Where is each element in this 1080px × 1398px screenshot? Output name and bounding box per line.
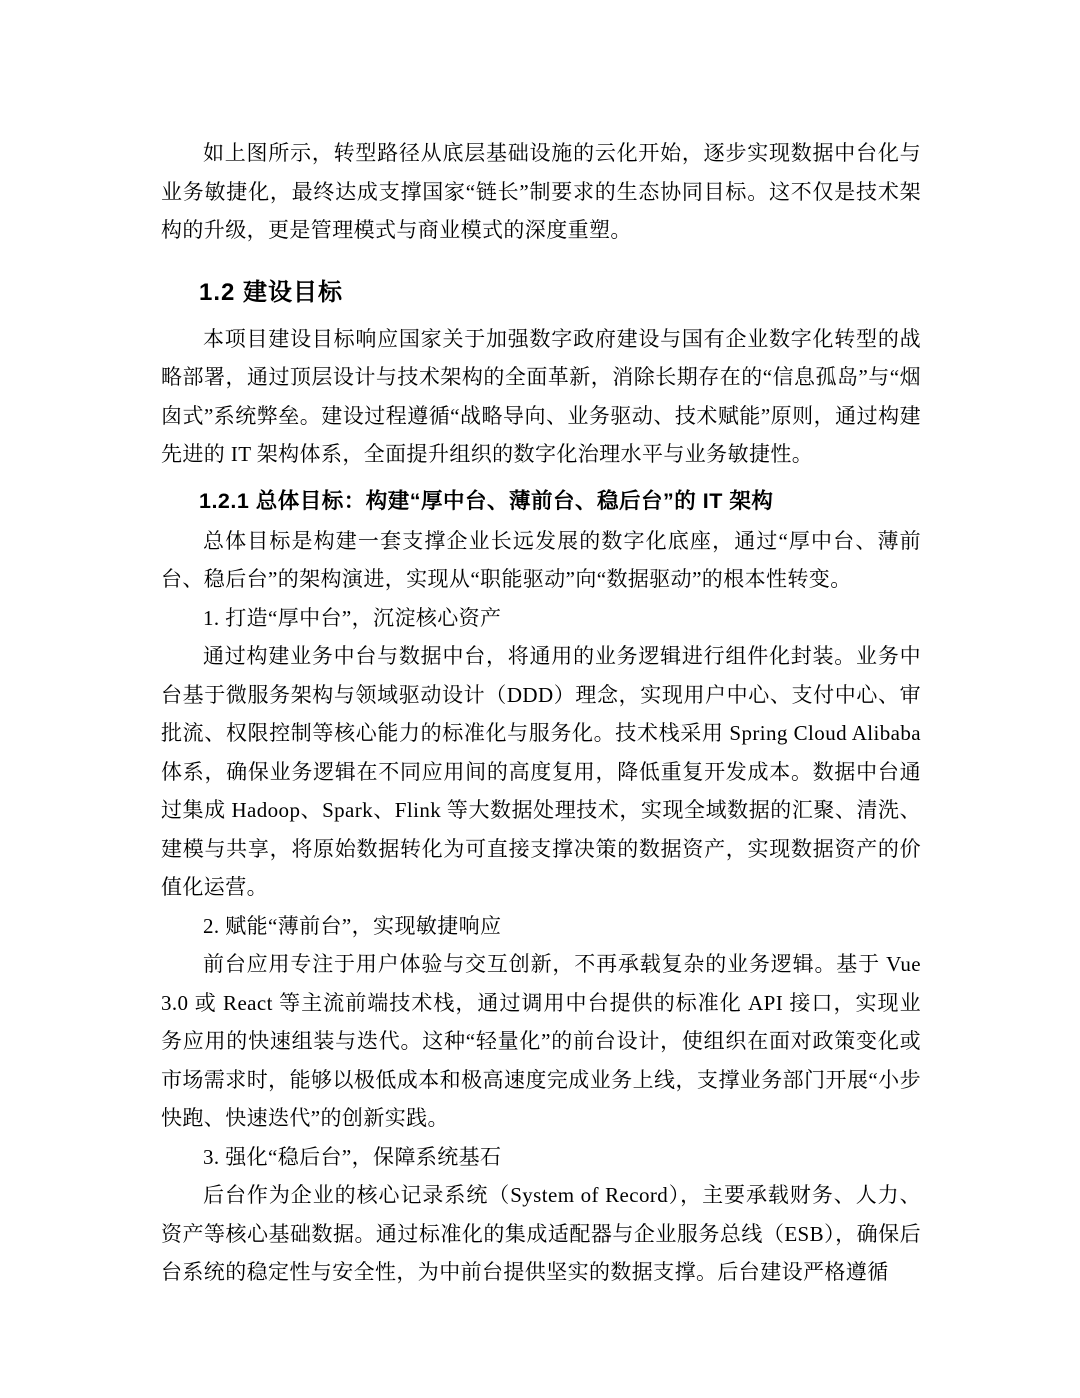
paragraph-project-goal-overview: 本项目建设目标响应国家关于加强数字政府建设与国有企业数字化转型的战略部署，通过顶… bbox=[161, 320, 921, 474]
heading-1-2-construction-goals: 1.2 建设目标 bbox=[199, 276, 921, 310]
paragraph-thin-front-platform-detail: 前台应用专注于用户体验与交互创新，不再承载复杂的业务逻辑。基于 Vue 3.0 … bbox=[161, 945, 921, 1138]
document-page: 如上图所示，转型路径从底层基础设施的云化开始，逐步实现数据中台化与业务敏捷化，最… bbox=[0, 0, 1080, 1398]
paragraph-stable-back-platform-detail: 后台作为企业的核心记录系统（System of Record），主要承载财务、人… bbox=[161, 1176, 921, 1292]
heading-1-2-1-overall-goal: 1.2.1 总体目标：构建“厚中台、薄前台、稳后台”的 IT 架构 bbox=[199, 486, 921, 516]
numbered-item-thick-middle-platform-title: 1. 打造“厚中台”，沉淀核心资产 bbox=[161, 599, 921, 638]
paragraph-thick-middle-platform-detail: 通过构建业务中台与数据中台，将通用的业务逻辑进行组件化封装。业务中台基于微服务架… bbox=[161, 637, 921, 907]
numbered-item-thin-front-platform-title: 2. 赋能“薄前台”，实现敏捷响应 bbox=[161, 907, 921, 946]
numbered-item-stable-back-platform-title: 3. 强化“稳后台”，保障系统基石 bbox=[161, 1138, 921, 1177]
paragraph-overall-goal-description: 总体目标是构建一套支撑企业长远发展的数字化底座，通过“厚中台、薄前台、稳后台”的… bbox=[161, 522, 921, 599]
paragraph-transformation-path: 如上图所示，转型路径从底层基础设施的云化开始，逐步实现数据中台化与业务敏捷化，最… bbox=[161, 134, 921, 250]
